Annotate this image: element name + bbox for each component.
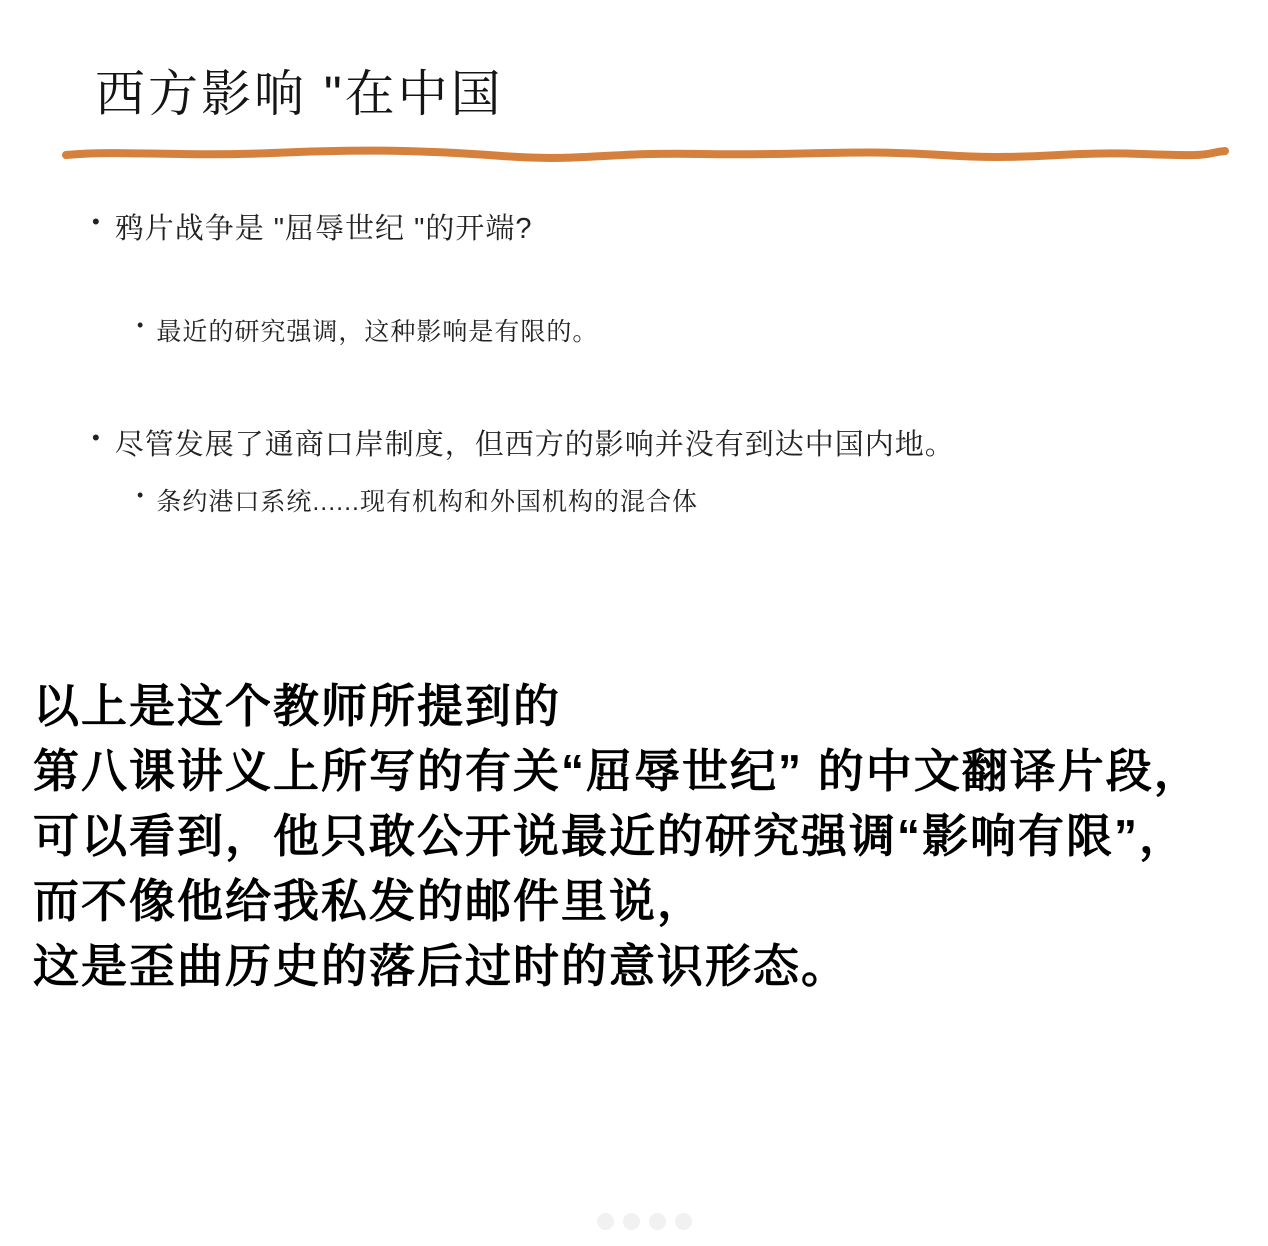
bullet-text: 尽管发展了通商口岸制度，但西方的影响并没有到达中国内地。 [115,422,955,463]
bullet-dot: • [137,485,144,506]
title-underline-path [66,151,1225,158]
annotation-line: 以上是这个教师所提到的 [33,674,1202,739]
annotation-line: 可以看到，他只敢公开说最近的研究强调“影响有限”， [33,804,1202,869]
pager-dot[interactable] [623,1213,640,1230]
bullet-item: • 尽管发展了通商口岸制度，但西方的影响并没有到达中国内地。 [92,422,955,463]
bullet-text: 最近的研究强调，这种影响是有限的。 [156,312,598,348]
bullet-dot: • [92,425,101,451]
slide-title: 西方影响 "在中国 [95,54,504,126]
pager-dot[interactable] [649,1213,666,1230]
pager-dot[interactable] [675,1213,692,1230]
annotation-line: 而不像他给我私发的邮件里说， [33,869,1202,934]
bullet-text: 鸦片战争是 "屈辱世纪 "的开端? [115,206,533,247]
annotation-text-block: 以上是这个教师所提到的 第八课讲义上所写的有关“屈辱世纪” 的中文翻译片段， 可… [33,674,1202,999]
title-underline [62,143,1230,165]
bullet-dot: • [92,209,101,235]
annotation-line: 第八课讲义上所写的有关“屈辱世纪” 的中文翻译片段， [33,739,1202,804]
bullet-text: 条约港口系统......现有机构和外国机构的混合体 [156,482,698,518]
carousel-pager [597,1213,692,1230]
annotation-line: 这是歪曲历史的落后过时的意识形态。 [33,934,1202,999]
bullet-subitem: • 最近的研究强调，这种影响是有限的。 [137,312,598,348]
bullet-dot: • [137,315,144,336]
slide-screenshot-page: 西方影响 "在中国 • 鸦片战争是 "屈辱世纪 "的开端? • 最近的研究强调，… [0,0,1268,1246]
pager-dot[interactable] [597,1213,614,1230]
bullet-item: • 鸦片战争是 "屈辱世纪 "的开端? [92,206,533,247]
bullet-subitem: • 条约港口系统......现有机构和外国机构的混合体 [137,482,698,518]
